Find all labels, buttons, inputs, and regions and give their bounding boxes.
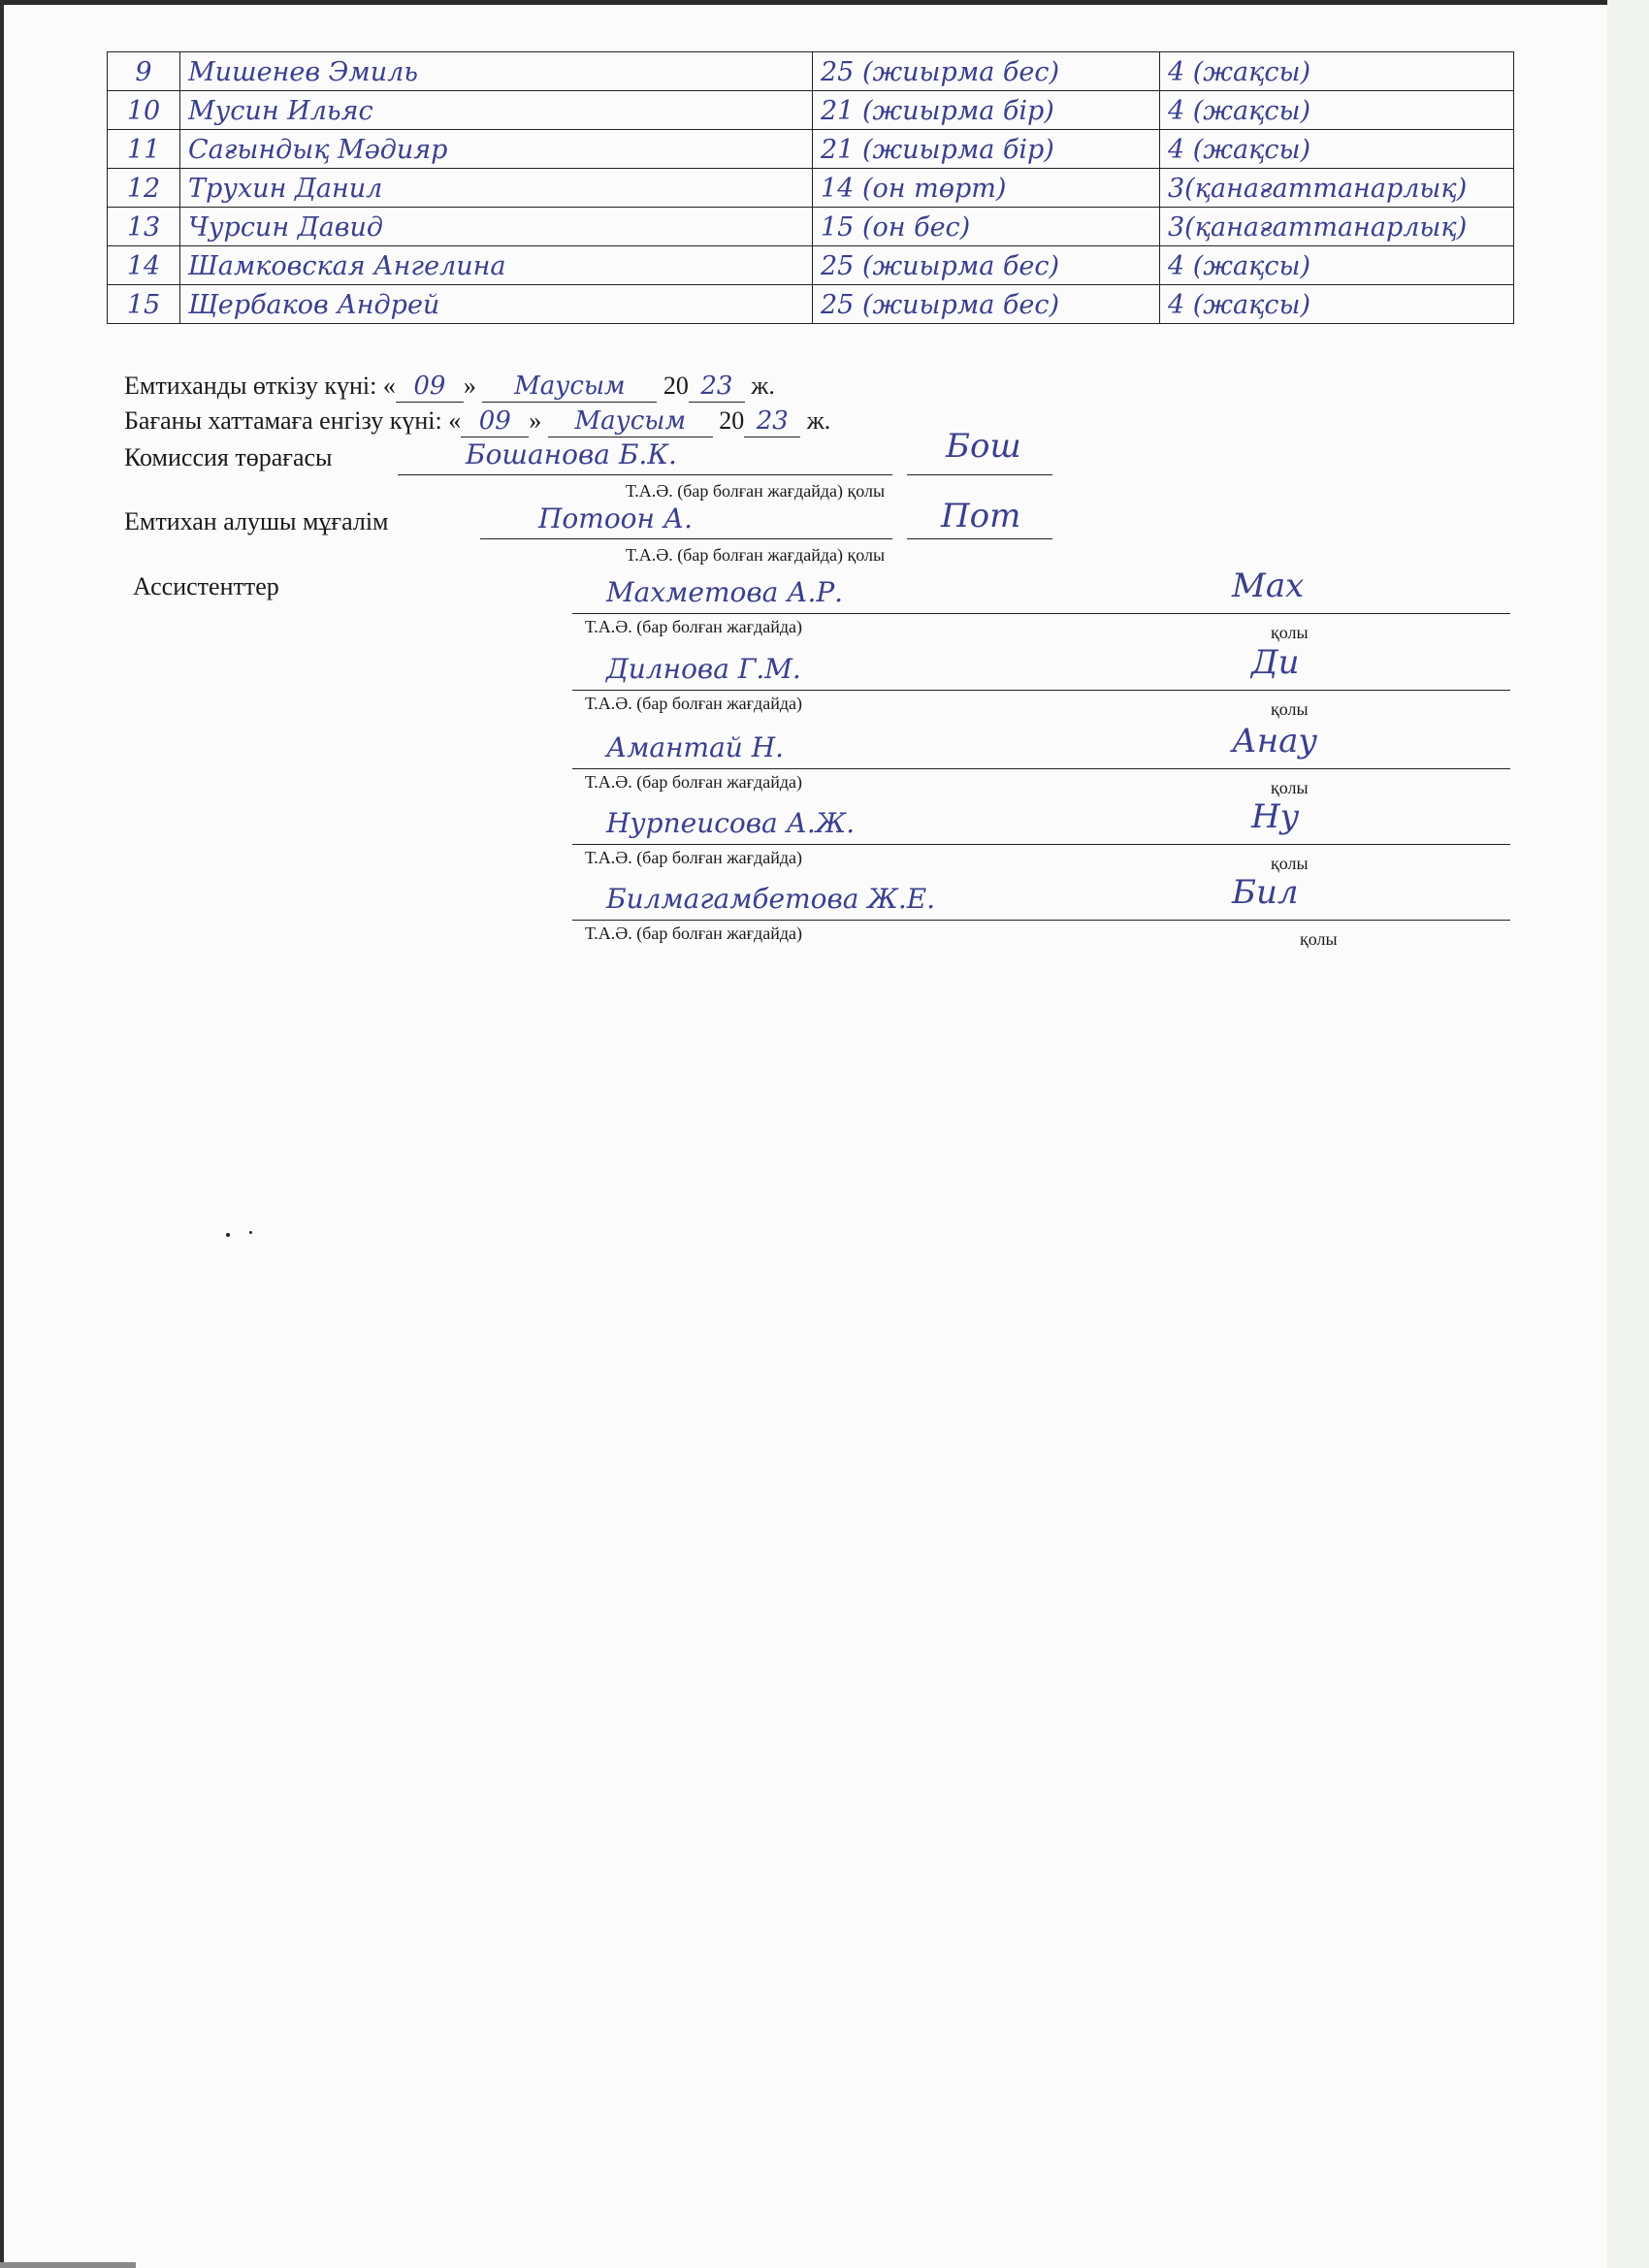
score-cell: 25 (жиырма бес)	[813, 285, 1160, 324]
assistant-name: Дилнова Г.М.	[606, 653, 801, 685]
row-number: 12	[108, 169, 180, 208]
chair-signature-line	[907, 474, 1052, 475]
entry-date-suffix: ж.	[807, 406, 830, 435]
exam-date-year-field: 23	[689, 371, 745, 403]
table-row: 13Чурсин Давид15 (он бес)3(қанағаттанарл…	[108, 208, 1514, 246]
assistant-name: Махметова А.Р.	[606, 576, 843, 608]
student-name: Шамковская Ангелина	[180, 246, 813, 285]
assistant-name-caption: Т.А.Ә. (бар болған жағдайда)	[585, 772, 802, 793]
grade-cell: 3(қанағаттанарлық)	[1160, 169, 1514, 208]
row-number: 11	[108, 130, 180, 169]
scan-edge-left	[0, 0, 4, 2268]
assistant-name-caption: Т.А.Ә. (бар болған жағдайда)	[585, 923, 802, 944]
chair-label: Комиссия төрағасы	[124, 442, 333, 473]
assistant-line	[572, 613, 1510, 614]
assistant-name: Амантай Н.	[606, 731, 784, 763]
grades-table: 9Мишенев Эмиль25 (жиырма бес)4 (жақсы)10…	[107, 51, 1514, 324]
grade-cell: 4 (жақсы)	[1160, 91, 1514, 130]
assistant-signature: Мах	[1232, 567, 1304, 605]
grade-cell: 3(қанағаттанарлық)	[1160, 208, 1514, 246]
stray-mark	[249, 1231, 252, 1234]
student-name: Щербаков Андрей	[180, 285, 813, 324]
entry-date-label: Бағаны хаттамаға енгізу күні: «	[124, 406, 461, 435]
grade-cell: 4 (жақсы)	[1160, 130, 1514, 169]
row-number: 14	[108, 246, 180, 285]
grade-cell: 4 (жақсы)	[1160, 246, 1514, 285]
assistant-signature: Ну	[1251, 797, 1299, 836]
student-name: Мусин Ильяс	[180, 91, 813, 130]
assistant-line	[572, 844, 1510, 845]
student-name: Мишенев Эмиль	[180, 52, 813, 91]
table-row: 10Мусин Ильяс21 (жиырма бір)4 (жақсы)	[108, 91, 1514, 130]
grade-cell: 4 (жақсы)	[1160, 285, 1514, 324]
teacher-name-line	[480, 538, 892, 539]
chair-name: Бошанова Б.К.	[466, 438, 677, 470]
scan-edge-right	[1607, 0, 1649, 2268]
row-number: 13	[108, 208, 180, 246]
assistant-name: Нурпеисова А.Ж.	[606, 807, 855, 839]
score-cell: 21 (жиырма бір)	[813, 91, 1160, 130]
table-row: 11Сағындық Мәдияр21 (жиырма бір)4 (жақсы…	[108, 130, 1514, 169]
assistant-signature: Анау	[1232, 722, 1317, 761]
score-cell: 14 (он төрт)	[813, 169, 1160, 208]
chair-name-line	[398, 474, 892, 475]
stray-mark	[226, 1233, 230, 1237]
exam-date-line: Емтиханды өткізу күні: «09» Маусым 2023 …	[124, 371, 775, 403]
entry-date-year-field: 23	[744, 405, 800, 437]
entry-date-day-field: 09	[461, 405, 529, 437]
assistant-signature: Бил	[1232, 873, 1299, 912]
exam-date-month-field: Маусым	[482, 371, 657, 403]
exam-date-day-field: 09	[396, 371, 464, 403]
teacher-label: Емтихан алушы мұғалім	[124, 506, 389, 537]
assistant-name-caption: Т.А.Ә. (бар болған жағдайда)	[585, 848, 802, 868]
row-number: 15	[108, 285, 180, 324]
assistant-line	[572, 690, 1510, 691]
assistant-sign-caption: қолы	[1300, 929, 1338, 950]
scan-edge-bottom	[0, 2262, 136, 2268]
student-name: Трухин Данил	[180, 169, 813, 208]
assistant-line	[572, 920, 1510, 921]
table-row: 15Щербаков Андрей25 (жиырма бес)4 (жақсы…	[108, 285, 1514, 324]
row-number: 9	[108, 52, 180, 91]
assistant-sign-caption: қолы	[1271, 778, 1309, 798]
assistant-name-caption: Т.А.Ә. (бар болған жағдайда)	[585, 694, 802, 714]
assistant-sign-caption: қолы	[1271, 623, 1309, 643]
assistant-sign-caption: қолы	[1271, 699, 1309, 720]
teacher-signature: Пот	[941, 497, 1020, 535]
exam-date-year-prefix: 20	[663, 372, 689, 400]
student-name: Сағындық Мәдияр	[180, 130, 813, 169]
scan-edge-top	[0, 0, 1649, 5]
entry-date-quote-close: »	[529, 406, 541, 435]
assistant-sign-caption: қолы	[1271, 854, 1309, 874]
grades-table-body: 9Мишенев Эмиль25 (жиырма бес)4 (жақсы)10…	[108, 52, 1514, 324]
grade-cell: 4 (жақсы)	[1160, 52, 1514, 91]
entry-date-year-prefix: 20	[719, 406, 744, 435]
teacher-signature-line	[907, 538, 1052, 539]
assistant-line	[572, 768, 1510, 769]
entry-date-month-field: Маусым	[548, 405, 713, 437]
chair-signature: Бош	[946, 427, 1021, 466]
assistant-name-caption: Т.А.Ә. (бар болған жағдайда)	[585, 617, 802, 637]
chair-caption: Т.А.Ә. (бар болған жағдайда) қолы	[626, 481, 885, 502]
teacher-name: Потоон А.	[538, 502, 693, 535]
score-cell: 25 (жиырма бес)	[813, 246, 1160, 285]
teacher-caption: Т.А.Ә. (бар болған жағдайда) қолы	[626, 545, 885, 566]
assistants-label: Ассистенттер	[133, 572, 279, 601]
exam-date-quote-close: »	[464, 372, 476, 400]
table-row: 12Трухин Данил14 (он төрт)3(қанағаттанар…	[108, 169, 1514, 208]
exam-date-label: Емтиханды өткізу күні: «	[124, 372, 396, 400]
score-cell: 21 (жиырма бір)	[813, 130, 1160, 169]
student-name: Чурсин Давид	[180, 208, 813, 246]
exam-date-suffix: ж.	[751, 372, 774, 400]
assistant-name: Билмагамбетова Ж.Е.	[606, 883, 935, 915]
score-cell: 25 (жиырма бес)	[813, 52, 1160, 91]
assistant-signature: Ди	[1251, 643, 1300, 682]
table-row: 9Мишенев Эмиль25 (жиырма бес)4 (жақсы)	[108, 52, 1514, 91]
table-row: 14Шамковская Ангелина25 (жиырма бес)4 (ж…	[108, 246, 1514, 285]
score-cell: 15 (он бес)	[813, 208, 1160, 246]
entry-date-line: Бағаны хаттамаға енгізу күні: «09» Маусы…	[124, 405, 830, 437]
row-number: 10	[108, 91, 180, 130]
